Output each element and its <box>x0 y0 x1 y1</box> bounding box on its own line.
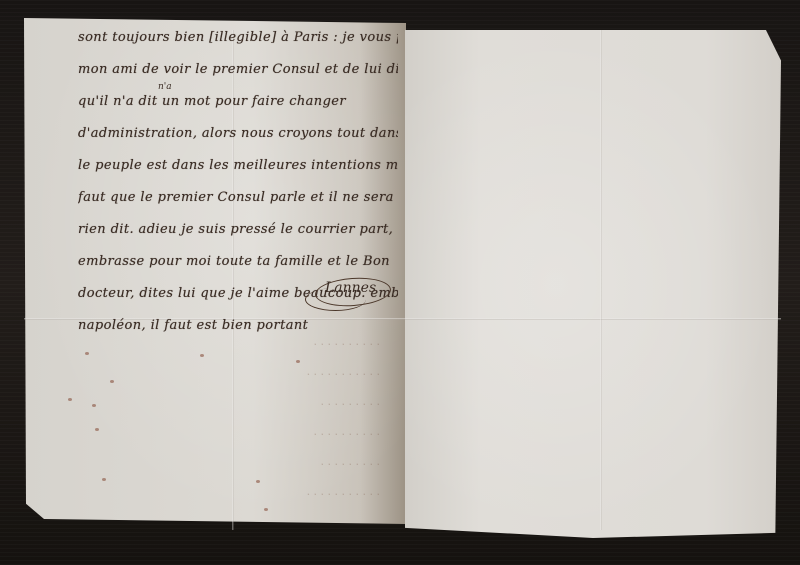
handwritten-line: d'administration, alors nous croyons tou… <box>78 118 398 150</box>
ink-stain <box>92 404 96 407</box>
signature: Lannes <box>303 272 393 312</box>
bleed-line: · · · · · · · · · <box>40 390 380 420</box>
handwritten-line: qu'il n'a dit un mot pour faire changer <box>78 86 398 118</box>
ink-stain <box>85 352 89 355</box>
handwritten-line: rien dit. adieu je suis pressé le courri… <box>78 214 398 246</box>
ink-stain <box>95 428 99 431</box>
signature-name: Lannes <box>325 280 376 296</box>
letter-right-page-blank <box>405 30 781 538</box>
ink-stain <box>256 480 260 483</box>
ink-stain <box>102 478 106 481</box>
bleed-line: · · · · · · · · · <box>40 450 380 480</box>
ink-stain <box>200 354 204 357</box>
ink-stain <box>110 380 114 383</box>
ink-bleed-through: · · · · · · · · · · · · · · · · · · · · … <box>40 330 380 510</box>
ink-stain <box>264 508 268 511</box>
interlinear-insertion: n'a <box>158 82 172 92</box>
bleed-line: · · · · · · · · · · <box>40 330 380 360</box>
handwritten-line: sont toujours bien [illegible] à Paris :… <box>78 22 398 54</box>
handwritten-line: mon ami de voir le premier Consul et de … <box>78 54 398 86</box>
bleed-line: · · · · · · · · · · · <box>40 480 380 510</box>
ink-stain <box>296 360 300 363</box>
bleed-line: · · · · · · · · · · <box>40 420 380 450</box>
handwritten-line: le peuple est dans les meilleures intent… <box>78 150 398 182</box>
vertical-fold-crease-right <box>600 30 602 530</box>
handwritten-line: faut que le premier Consul parle et il n… <box>78 182 398 214</box>
ink-stain <box>68 398 72 401</box>
bleed-line: · · · · · · · · · · · <box>40 360 380 390</box>
